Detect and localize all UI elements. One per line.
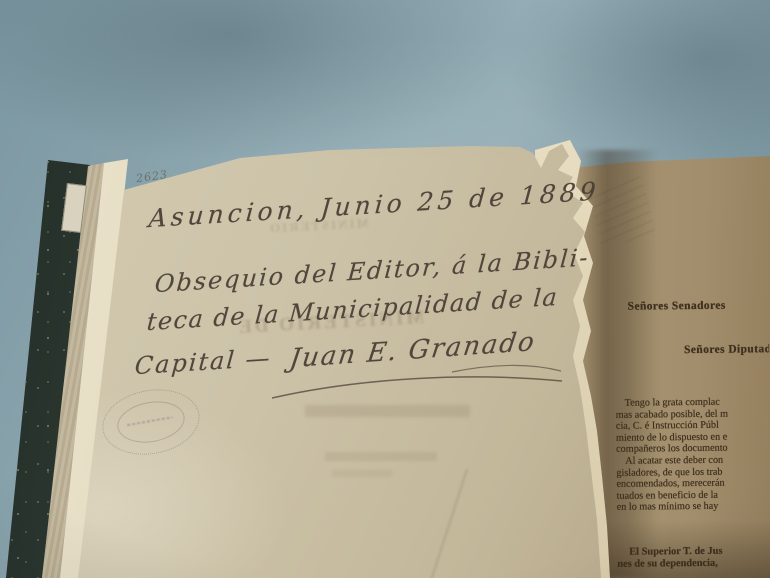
printed-line: en lo mas mínimo se hay (617, 501, 729, 514)
printed-text-block: Señores Senadores Señores Diputados Teng… (613, 293, 770, 578)
show-through-bar (305, 405, 470, 417)
printed-footer-line-2: nes de su dependencia, (617, 558, 722, 571)
photo-of-open-book: Señores Senadores Señores Diputados Teng… (0, 0, 770, 578)
printed-footer: El Superior T. de Jus nes de su dependen… (617, 546, 723, 571)
show-through-bar (332, 470, 392, 477)
printed-heading-deputies: Señores Diputados (684, 343, 770, 356)
printed-line: cia, C. é Instrucción Públ (616, 420, 728, 433)
printed-footer-line-1: El Superior T. de Jus (617, 546, 722, 559)
printed-line: Al acatar este deber con (616, 455, 728, 468)
printed-line: encomendados, merecerán (616, 478, 728, 491)
printed-heading-senators: Señores Senadores (628, 300, 726, 313)
printed-paragraph: Tengo la grata complac mas acabado posib… (616, 397, 730, 514)
show-through-bar (325, 452, 437, 461)
printed-line: Tengo la grata complac (616, 397, 728, 410)
